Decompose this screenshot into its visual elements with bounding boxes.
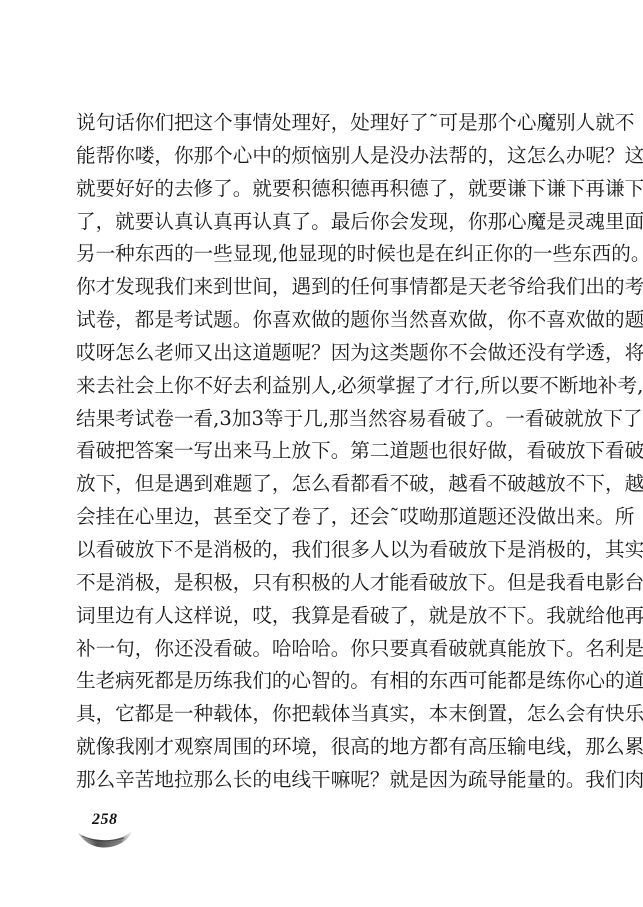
text-line: 会挂在心里边，甚至交了卷了，还会˜哎呦那道题还没做出来。所	[76, 501, 568, 534]
text-line: 补一句，你还没看破。哈哈哈。你只要真看破就真能放下。名利是非，	[76, 633, 568, 666]
text-line: 词里边有人这样说，哎，我算是看破了，就是放不下。我就给他再	[76, 600, 568, 633]
text-line: 结果考试卷一看,3加3等于几,那当然容易看破了。一看破就放下了,	[76, 403, 568, 436]
text-line: 能帮你喽，你那个心中的烦恼别人是没办法帮的，这怎么办呢？这	[76, 140, 568, 173]
text-line: 哎呀怎么老师又出这道题呢？因为这类题你不会做还没有学透，将	[76, 337, 568, 370]
brush-stroke-icon	[76, 829, 134, 851]
text-line: 你才发现我们来到世间，遇到的任何事情都是天老爷给我们出的考	[76, 271, 568, 304]
text-line: 不是消极，是积极，只有积极的人才能看破放下。但是我看电影台	[76, 567, 568, 600]
text-line: 了，就要认真认真再认真了。最后你会发现，你那心魔是灵魂里面	[76, 206, 568, 239]
text-line: 就像我刚才观察周围的环境，很高的地方都有高压输电线，那么累	[76, 731, 568, 764]
text-line: 生老病死都是历练我们的心智的。有相的东西可能都是练你心的道	[76, 665, 568, 698]
text-line: 以看破放下不是消极的，我们很多人以为看破放下是消极的，其实	[76, 534, 568, 567]
book-page: 说句话你们把这个事情处理好，处理好了˜可是那个心魔别人就不 能帮你喽，你那个心中…	[0, 0, 643, 907]
text-line: 就要好好的去修了。就要积德积德再积德了，就要谦下谦下再谦下	[76, 173, 568, 206]
body-text: 说句话你们把这个事情处理好，处理好了˜可是那个心魔别人就不 能帮你喽，你那个心中…	[76, 107, 568, 797]
page-number: 258	[92, 811, 118, 829]
text-line: 另一种东西的一些显现,他显现的时候也是在纠正你的一些东西的。	[76, 238, 568, 271]
text-line: 说句话你们把这个事情处理好，处理好了˜可是那个心魔别人就不	[76, 107, 568, 140]
text-line: 看破把答案一写出来马上放下。第二道题也很好做，看破放下看破	[76, 435, 568, 468]
text-line: 来去社会上你不好去利益别人,必须掌握了才行,所以要不断地补考,	[76, 370, 568, 403]
text-line: 那么辛苦地拉那么长的电线干嘛呢？就是因为疏导能量的。我们肉	[76, 764, 568, 797]
page-footer: 258	[86, 811, 146, 851]
text-line: 试卷，都是考试题。你喜欢做的题你当然喜欢做，你不喜欢做的题，	[76, 304, 568, 337]
text-line: 放下，但是遇到难题了，怎么看都看不破，越看不破越放不下，越	[76, 468, 568, 501]
text-line: 具，它都是一种载体，你把载体当真实，本末倒置，怎么会有快乐呢？	[76, 698, 568, 731]
